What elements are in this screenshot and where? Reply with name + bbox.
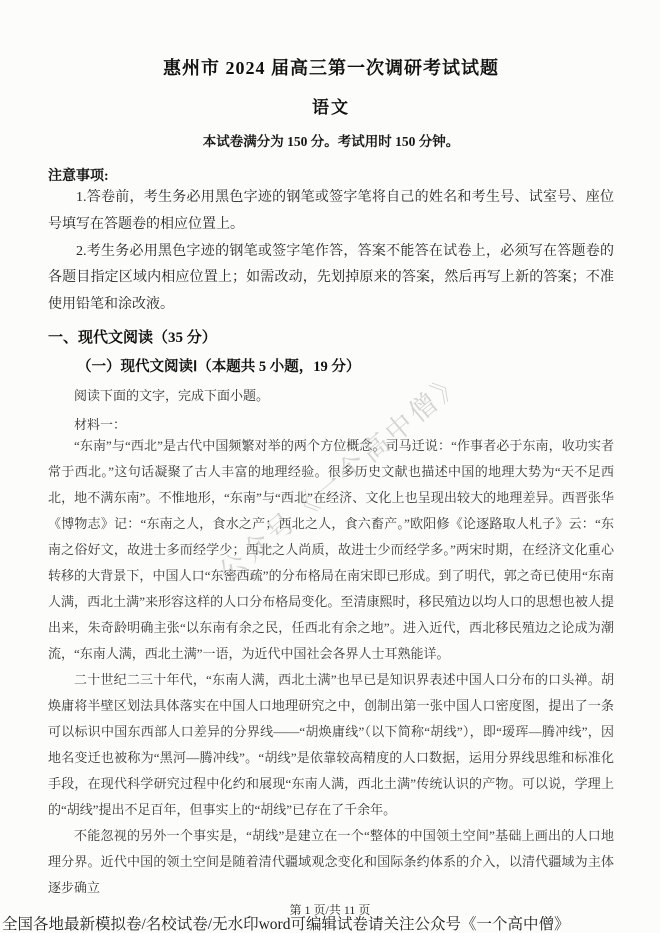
exam-info-line: 本试卷满分为 150 分。考试用时 150 分钟。 <box>48 130 614 150</box>
exam-subject: 语文 <box>48 93 614 118</box>
section-heading-modern-reading: 一、现代文阅读（35 分） <box>48 326 614 347</box>
subsection-heading-reading-1: （一）现代文阅读Ⅰ（本题共 5 小题，19 分） <box>48 355 614 376</box>
notice-item-2: 2.考生务必用黑色字迹的钢笔或签字笔作答，答案不能答在试卷上，必须写在答题卷的各… <box>48 239 614 319</box>
reading-instruction: 阅读下面的文字，完成下面小题。 <box>48 385 614 404</box>
exam-paper-page: 惠州市 2024 届高三第一次调研考试试题 语文 本试卷满分为 150 分。考试… <box>0 0 660 933</box>
material-one-label: 材料一： <box>48 414 614 433</box>
promo-footer-line: 全国各地最新模拟卷/名校试卷/无水印word可编辑试卷请关注公众号《一个高中僧》 <box>2 912 569 933</box>
material-body: “东南”与“西北”是古代中国频繁对举的两个方位概念。司马迁说：“作事者必于东南，… <box>48 433 614 901</box>
notice-heading: 注意事项: <box>48 165 614 185</box>
notice-item-1: 1.答卷前，考生务必用黑色字迹的钢笔或签字笔将自己的姓名和考生号、试室号、座位号… <box>48 185 614 239</box>
material-paragraph-2: 二十世纪二三十年代，“东南人满，西北土满”也早已是知识界表述中国人口分布的口头禅… <box>48 667 614 823</box>
exam-title: 惠州市 2024 届高三第一次调研考试试题 <box>48 54 614 80</box>
material-paragraph-3: 不能忽视的另外一个事实是，“胡线”是建立在一个“整体的中国领土空间”基础上画出的… <box>48 823 614 901</box>
material-paragraph-1: “东南”与“西北”是古代中国频繁对举的两个方位概念。司马迁说：“作事者必于东南，… <box>48 433 614 667</box>
